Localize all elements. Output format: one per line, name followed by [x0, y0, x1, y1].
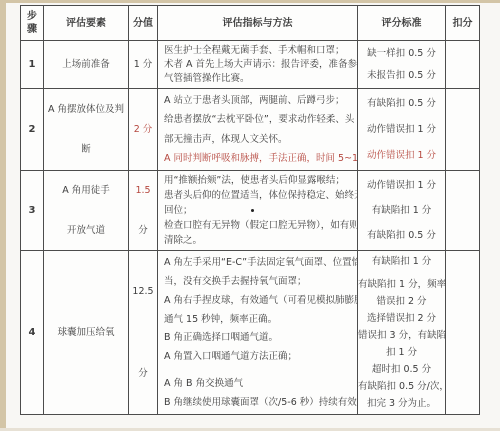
- table-header-row: 步骤 评估要素 分值 评估指标与方法 评分标准 扣分: [21, 6, 479, 41]
- text-line: 患者头后仰的位置适当，体位保持稳定、始终无: [164, 190, 354, 201]
- text-line: 错误扣 3 分，有缺陷: [358, 330, 445, 341]
- bullet-dot: [251, 209, 254, 212]
- text-line: 气管插管操作比赛。: [164, 73, 354, 84]
- element-cell: 球囊加压给氧: [44, 251, 129, 414]
- text-line: 有缺陷扣 0.5 分/次，: [358, 381, 445, 392]
- score-cell: 1 分: [129, 41, 158, 88]
- deduction-cell: [446, 251, 479, 414]
- text-line: 选择错误扣 2 分: [367, 313, 436, 324]
- photo-edge-top: [0, 0, 500, 3]
- text-line: 扣 1 分: [386, 347, 417, 358]
- text-line: 清除之。: [164, 235, 354, 246]
- text-line: 1 分: [134, 59, 153, 70]
- criteria-cell: 有缺陷扣 1 分有缺陷扣 1 分，频率错误扣 2 分选择错误扣 2 分错误扣 3…: [358, 251, 446, 414]
- header-label: 步骤: [25, 10, 39, 36]
- text-line: 扣完 3 分为止。: [367, 398, 436, 409]
- evaluation-table: 步骤 评估要素 分值 评估指标与方法 评分标准 扣分 1上场前准备1 分医生护士…: [20, 5, 480, 415]
- text-line: 有缺陷扣 1 分，频率: [358, 279, 445, 290]
- text-line: 检查口腔有无异物（假定口腔无异物），如有则: [164, 220, 354, 231]
- text-line: 未报告扣 0.5 分: [367, 70, 436, 81]
- text-line: A 角用徒手: [62, 185, 110, 196]
- text-line: 2 分: [134, 124, 153, 135]
- step-cell: 2: [21, 89, 44, 170]
- text-line: 动作错误扣 1 分: [367, 180, 436, 191]
- table-row: 2A 角摆放体位及判断2 分A 站立于患者头顶部，两腿前、后蹲弓步；给患者摆放“…: [21, 89, 479, 171]
- indicator-cell: 医生护士全程戴无菌手套、手术帽和口罩；术者 A 首先上场大声请示：报告评委，准备…: [158, 41, 358, 88]
- step-cell: 1: [21, 41, 44, 88]
- text-line: A 同时判断呼吸和脉搏，手法正确，时间 5~10 秒。: [164, 153, 354, 164]
- text-line: A 站立于患者头顶部，两腿前、后蹲弓步；: [164, 95, 354, 106]
- text-line: 开放气道: [67, 225, 105, 236]
- text-line: 缺一样扣 0.5 分: [367, 48, 436, 59]
- text-line: 3: [29, 205, 36, 216]
- text-line: B 角正确选择口咽通气道。: [164, 332, 354, 343]
- text-line: 有缺陷扣 0.5 分: [367, 230, 436, 241]
- element-cell: 上场前准备: [44, 41, 129, 88]
- criteria-cell: 动作错误扣 1 分有缺陷扣 1 分有缺陷扣 0.5 分: [358, 171, 446, 250]
- deduction-cell: [446, 41, 479, 88]
- photo-edge-left: [0, 0, 6, 431]
- header-cell-criteria: 评分标准: [358, 6, 446, 40]
- header-label: 评估要素: [44, 17, 128, 30]
- text-line: A 角摆放体位及判: [48, 104, 124, 115]
- text-line: 术者 A 首先上场大声请示：报告评委，准备参加: [164, 59, 354, 70]
- text-line: 通气 15 秒钟，频率正确。: [164, 314, 354, 325]
- text-line: B 角继续使用球囊面罩（次/5-6 秒）持续有效通气。: [164, 397, 354, 408]
- header-label: 扣分: [446, 17, 479, 30]
- deduction-cell: [446, 171, 479, 250]
- step-cell: 4: [21, 251, 44, 414]
- text-line: 2: [29, 124, 36, 135]
- header-cell-step: 步骤: [21, 6, 44, 40]
- text-line: 错误扣 2 分: [376, 296, 426, 307]
- table-body: 1上场前准备1 分医生护士全程戴无菌手套、手术帽和口罩；术者 A 首先上场大声请…: [21, 41, 479, 414]
- text-line: 12.5: [132, 286, 153, 297]
- header-cell-score: 分值: [129, 6, 158, 40]
- element-cell: A 角摆放体位及判断: [44, 89, 129, 170]
- text-line: 球囊加压给氧: [57, 327, 114, 338]
- text-line: 给患者摆放“去枕平卧位”，要求动作轻柔、头: [164, 114, 354, 125]
- text-line: 回位；: [164, 205, 354, 216]
- table-row: 1上场前准备1 分医生护士全程戴无菌手套、手术帽和口罩；术者 A 首先上场大声请…: [21, 41, 479, 89]
- text-line: 4: [29, 327, 36, 338]
- table-row: 4球囊加压给氧12.5分A 角左手采用“E-C”手法固定氧气面罩、位置恰当，没有…: [21, 251, 479, 414]
- text-line: A 角置入口咽通气道方法正确；: [164, 351, 354, 362]
- text-line: 当，没有交换手去握持氧气面罩；: [164, 276, 354, 287]
- header-label: 分值: [129, 17, 157, 30]
- text-line: 有缺陷扣 1 分: [372, 256, 432, 267]
- deduction-cell: [446, 89, 479, 170]
- text-line: A 角左手采用“E-C”手法固定氧气面罩、位置恰: [164, 257, 354, 268]
- indicator-cell: A 站立于患者头顶部，两腿前、后蹲弓步；给患者摆放“去枕平卧位”，要求动作轻柔、…: [158, 89, 358, 170]
- text-line: 1.5: [135, 185, 150, 196]
- text-line: A 角右手捏皮球，有效通气（可看见模拟肺膨胀），: [164, 295, 354, 306]
- text-line: 有缺陷扣 1 分: [372, 205, 432, 216]
- text-line: 1: [29, 59, 36, 70]
- text-line: A 角 B 角交换通气: [164, 378, 354, 389]
- indicator-cell: A 角左手采用“E-C”手法固定氧气面罩、位置恰当，没有交换手去握持氧气面罩；A…: [158, 251, 358, 414]
- text-line: 断: [81, 144, 91, 155]
- indicator-cell: 用“推额抬颏”法，使患者头后仰显露喉结；患者头后仰的位置适当，体位保持稳定、始终…: [158, 171, 358, 250]
- text-line: 分: [138, 225, 148, 236]
- header-cell-element: 评估要素: [44, 6, 129, 40]
- step-cell: 3: [21, 171, 44, 250]
- text-line: 部无撞击声，体现人文关怀。: [164, 134, 354, 145]
- header-label: 评分标准: [358, 17, 445, 30]
- criteria-cell: 有缺陷扣 0.5 分动作错误扣 1 分动作错误扣 1 分: [358, 89, 446, 170]
- header-cell-deduction: 扣分: [446, 6, 479, 40]
- score-cell: 2 分: [129, 89, 158, 170]
- text-line: 超时扣 0.5 分: [372, 364, 431, 375]
- text-line: 有缺陷扣 0.5 分: [367, 98, 436, 109]
- table-row: 3A 角用徒手开放气道1.5分用“推额抬颏”法，使患者头后仰显露喉结；患者头后仰…: [21, 171, 479, 251]
- text-line: 医生护士全程戴无菌手套、手术帽和口罩；: [164, 45, 354, 56]
- text-line: 分: [138, 368, 148, 379]
- header-label: 评估指标与方法: [158, 17, 357, 30]
- criteria-cell: 缺一样扣 0.5 分未报告扣 0.5 分: [358, 41, 446, 88]
- text-line: 上场前准备: [62, 59, 110, 70]
- header-cell-indicators: 评估指标与方法: [158, 6, 358, 40]
- element-cell: A 角用徒手开放气道: [44, 171, 129, 250]
- text-line: 用“推额抬颏”法，使患者头后仰显露喉结；: [164, 175, 354, 186]
- text-line: 动作错误扣 1 分: [367, 124, 436, 135]
- score-cell: 1.5分: [129, 171, 158, 250]
- score-cell: 12.5分: [129, 251, 158, 414]
- text-line: 动作错误扣 1 分: [367, 150, 436, 161]
